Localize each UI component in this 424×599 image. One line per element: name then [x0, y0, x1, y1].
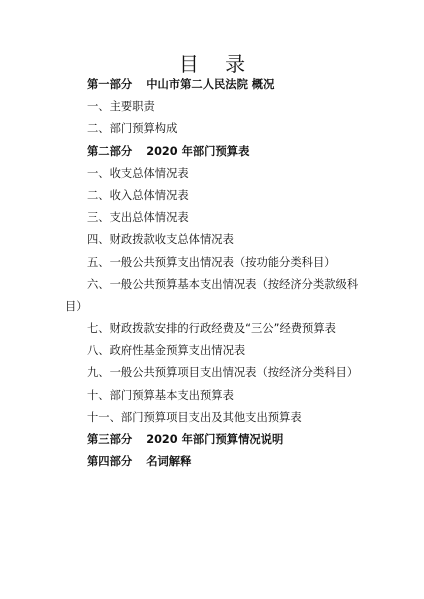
- toc-item[interactable]: 八、政府性基金预算支出情况表: [87, 340, 387, 362]
- toc-item[interactable]: 四、财政拨款收支总体情况表: [87, 229, 387, 251]
- part-text: 2020 年部门预算表: [146, 145, 249, 158]
- part-label: 第三部分: [87, 433, 132, 446]
- table-of-contents: 第一部分中山市第二人民法院 概况 一、主要职责 二、部门预算构成 第二部分202…: [87, 74, 387, 473]
- toc-item[interactable]: 三、支出总体情况表: [87, 207, 387, 229]
- part-label: 第四部分: [87, 455, 132, 468]
- toc-item[interactable]: 一、收支总体情况表: [87, 163, 387, 185]
- toc-part-4[interactable]: 第四部分名词解释: [87, 451, 387, 473]
- toc-item[interactable]: 二、收入总体情况表: [87, 185, 387, 207]
- toc-part-1[interactable]: 第一部分中山市第二人民法院 概况: [87, 74, 387, 96]
- part-label: 第一部分: [87, 78, 132, 91]
- toc-item[interactable]: 一、主要职责: [87, 96, 387, 118]
- toc-part-2[interactable]: 第二部分2020 年部门预算表: [87, 141, 387, 163]
- toc-item-continuation: 目）: [65, 296, 387, 318]
- part-label: 第二部分: [87, 145, 132, 158]
- part-text: 名词解释: [146, 455, 191, 468]
- toc-item[interactable]: 九、一般公共预算项目支出情况表（按经济分类科目）: [87, 362, 387, 384]
- toc-part-3[interactable]: 第三部分2020 年部门预算情况说明: [87, 429, 387, 451]
- toc-item[interactable]: 十一、部门预算项目支出及其他支出预算表: [87, 407, 387, 429]
- toc-item[interactable]: 六、一般公共预算基本支出情况表（按经济分类款级科: [87, 274, 387, 296]
- part-text: 中山市第二人民法院 概况: [146, 78, 274, 91]
- toc-item[interactable]: 十、部门预算基本支出预算表: [87, 385, 387, 407]
- part-text: 2020 年部门预算情况说明: [146, 433, 283, 446]
- toc-item[interactable]: 五、一般公共预算支出情况表（按功能分类科目）: [87, 252, 387, 274]
- toc-title: 目 录: [0, 48, 424, 77]
- toc-item[interactable]: 二、部门预算构成: [87, 118, 387, 140]
- toc-item[interactable]: 七、财政拨款安排的行政经费及“三公”经费预算表: [87, 318, 387, 340]
